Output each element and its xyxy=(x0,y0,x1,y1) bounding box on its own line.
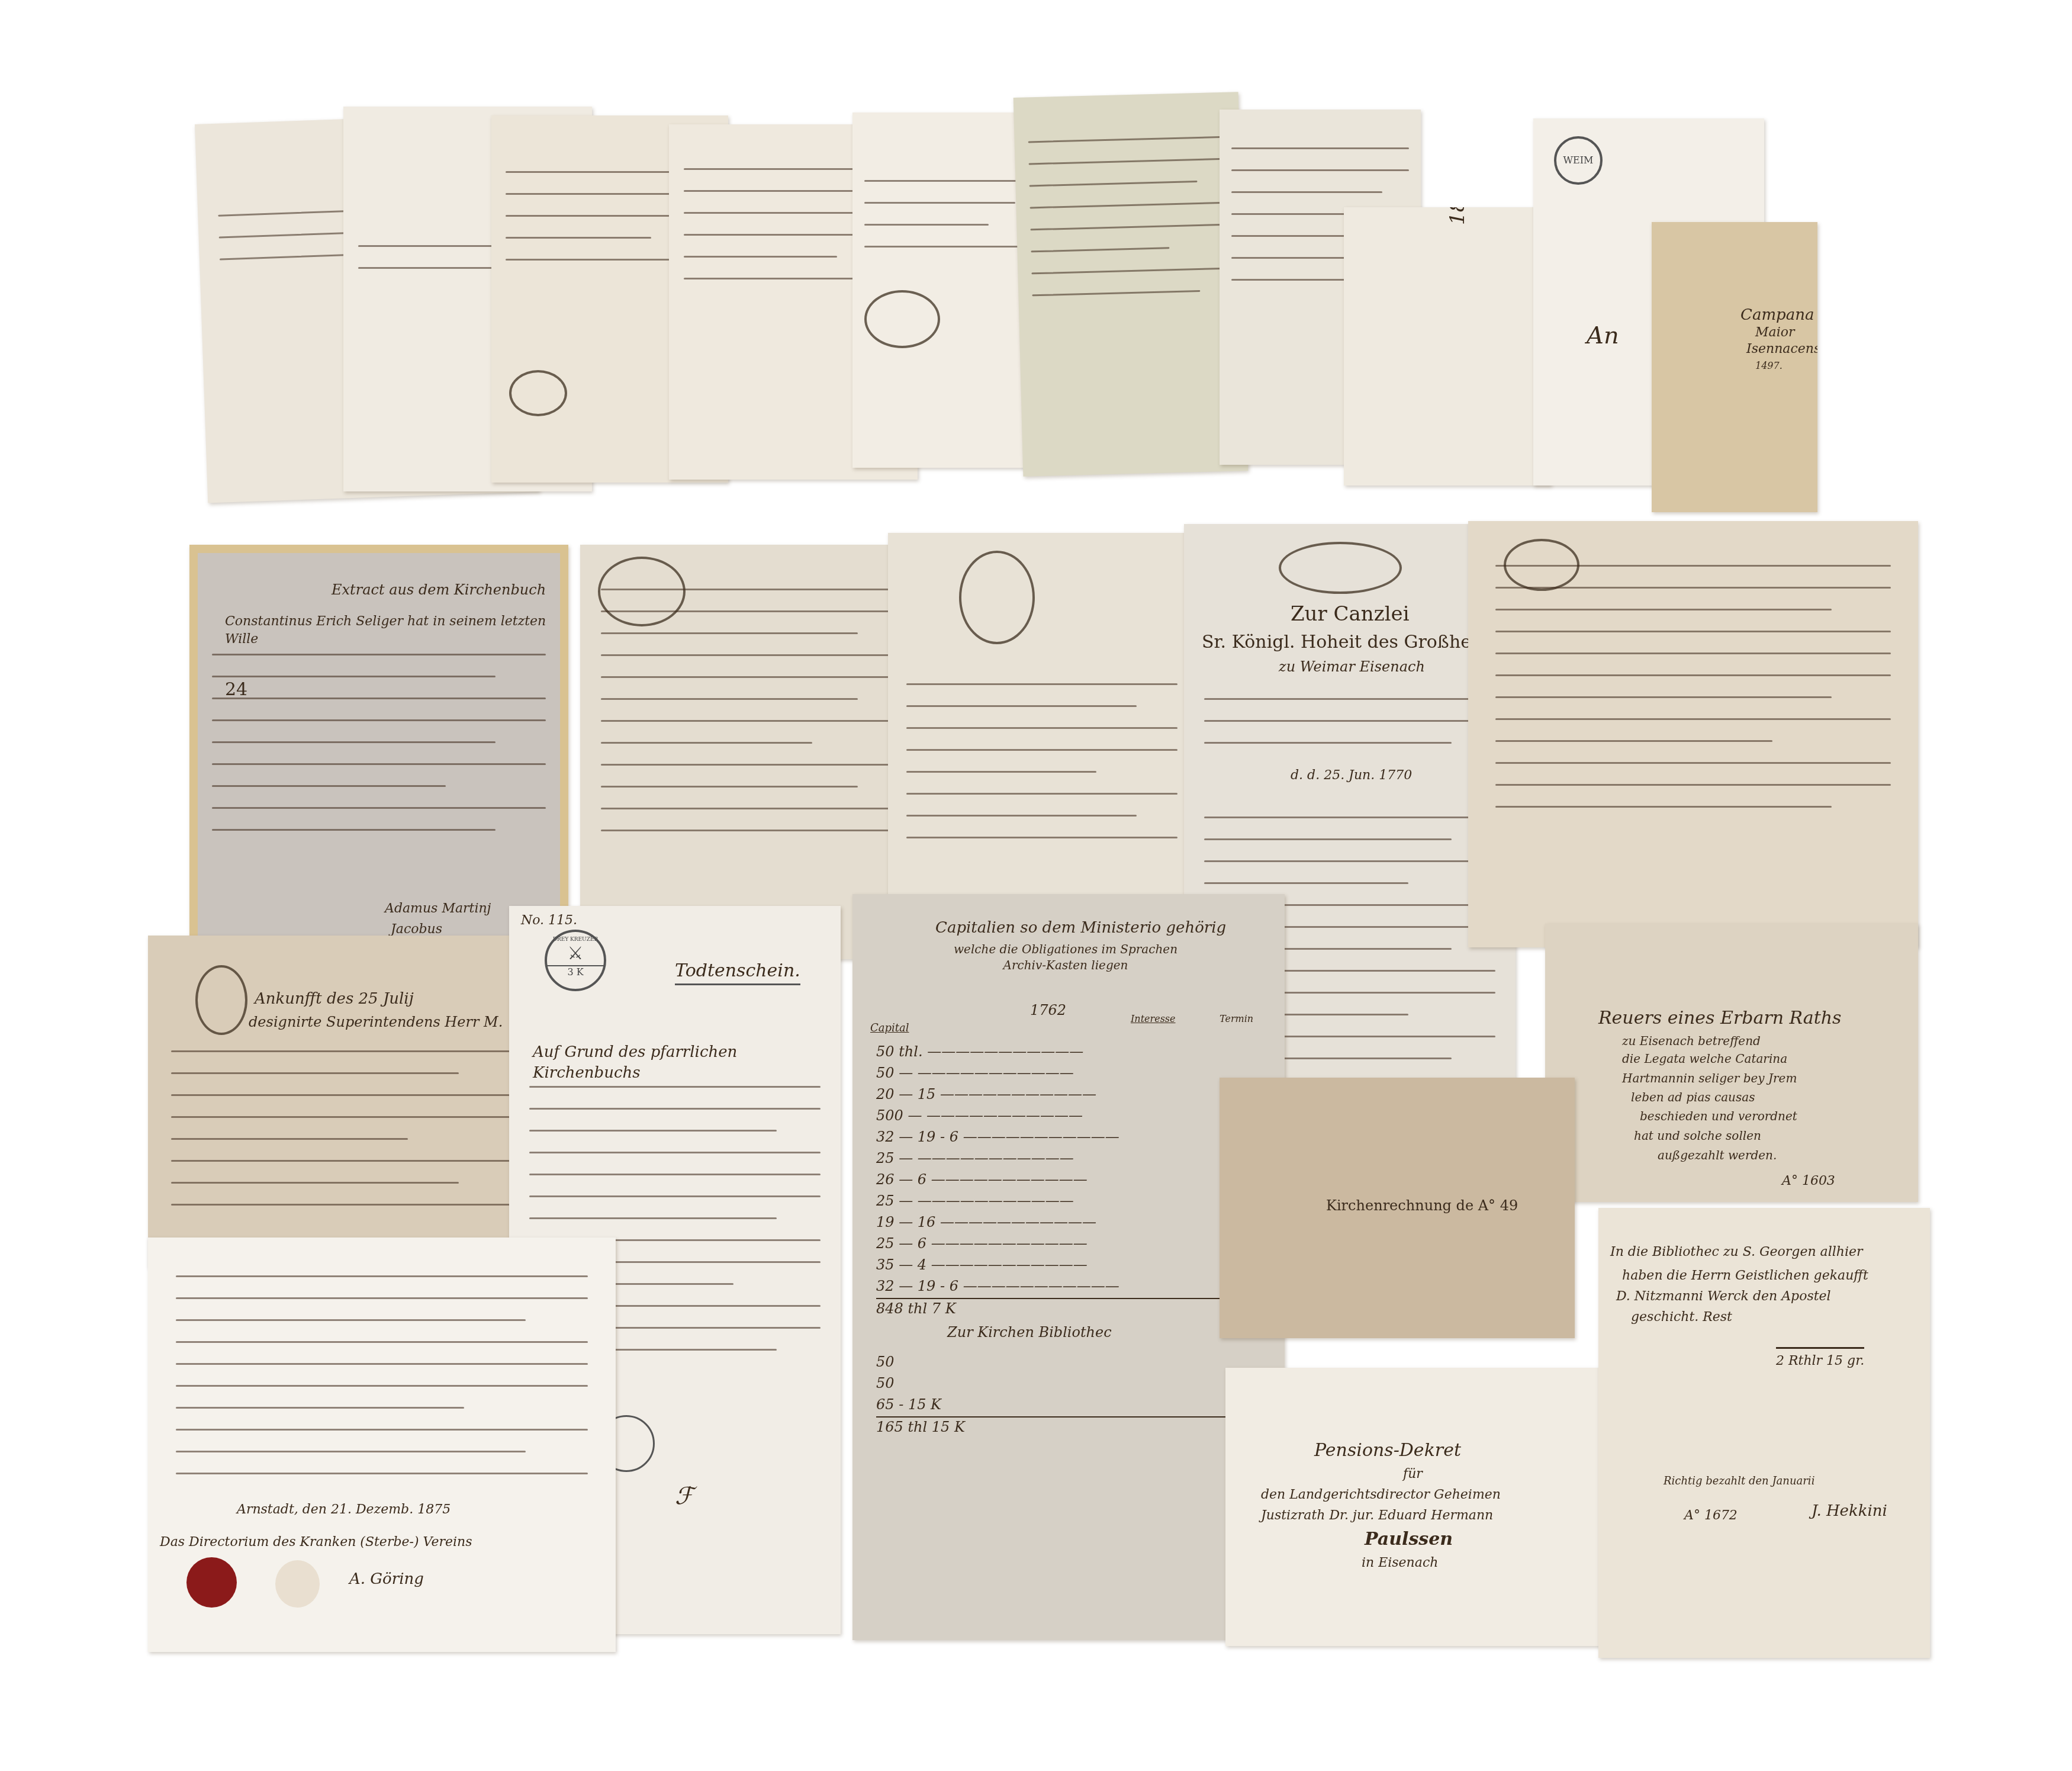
verein-certificate: Arnstadt, den 21. Dezemb. 1875 Das Direc… xyxy=(148,1238,616,1652)
dekret-title: Pensions-Dekret xyxy=(1314,1439,1461,1463)
ledger-subtitle: welche die Obligationes im Sprachen Arch… xyxy=(953,941,1178,973)
ledger-row: 500 — ——————————— xyxy=(876,1106,1255,1127)
receipt-year: A° 1672 xyxy=(1684,1507,1738,1525)
campana-line-1: Campana xyxy=(1740,305,1814,326)
reuers-line-7: hat und solche sollen xyxy=(1634,1128,1761,1144)
ledger-col-termin: Termin xyxy=(1220,1013,1253,1026)
ornate-decree-center xyxy=(888,533,1196,947)
receipt-line-2: haben die Herrn Geistlichen gekaufft xyxy=(1622,1267,1868,1285)
superintendent-line-2: designirte Superintendens Herr M. xyxy=(249,1013,503,1031)
campana-line-2: Maior xyxy=(1755,324,1794,342)
extract-signature-1: Adamus Martinj xyxy=(385,900,491,918)
kirchenrechnung-folder: Kirchenrechnung de A° 49 xyxy=(1220,1078,1575,1338)
reuers-line-8: außgezahlt werden. xyxy=(1658,1148,1777,1163)
reuers-line-1: Reuers eines Erbarn Raths xyxy=(1598,1007,1842,1031)
envelope-year: 1874 xyxy=(1444,207,1472,225)
ledger-row: 26 — 6 ——————————— xyxy=(876,1170,1255,1191)
verein-date: Arnstadt, den 21. Dezemb. 1875 xyxy=(237,1501,451,1519)
dekret-line3: den Landgerichtsdirector Geheimen xyxy=(1261,1486,1501,1504)
reuers-line-2: zu Eisenach betreffend xyxy=(1622,1033,1761,1049)
dekret-name: Paulssen xyxy=(1365,1528,1453,1552)
letter-green-paper xyxy=(1014,92,1249,477)
certificate-signature: ℱ xyxy=(675,1480,693,1512)
ledger-section2-row: 65 - 15 K xyxy=(876,1395,1255,1416)
extract-margin-number: 24 xyxy=(225,678,247,702)
extract-header: Extract aus dem Kirchenbuch xyxy=(332,580,546,599)
ledger-row: 32 — 19 - 6 ——————————— xyxy=(876,1277,1255,1298)
decree-line3: zu Weimar Eisenach xyxy=(1279,657,1425,676)
receipt-amount: 2 Rthlr 15 gr. xyxy=(1776,1347,1864,1370)
receipt-signature: J. Hekkini xyxy=(1812,1501,1887,1522)
campana-document: Campana Maior Isennacensis) 1497. xyxy=(1652,222,1817,512)
revenue-stamp-value: 3 K xyxy=(547,965,604,978)
postmark-stamp: WEIM xyxy=(1554,136,1603,185)
decree-date: d. d. 25. Jun. 1770 xyxy=(1291,767,1412,785)
ledger-row: 25 — ——————————— xyxy=(876,1191,1255,1213)
ledger-section2-title: Zur Kirchen Bibliothec xyxy=(876,1323,1255,1352)
envelope-small-1874: 1874 xyxy=(1344,207,1551,486)
ledger-section2-total: 165 thl 15 K xyxy=(876,1416,1255,1441)
reuers-line-3: die Legata welche Catarina xyxy=(1622,1051,1787,1067)
ledger-row: 20 — 15 ——————————— xyxy=(876,1085,1255,1106)
ledger-row: 19 — 16 ——————————— xyxy=(876,1213,1255,1234)
superintendent-line-1: Ankunfft des 25 Julij xyxy=(255,989,414,1010)
decree-title: Zur Canzlei xyxy=(1291,601,1410,628)
ledger-row: 50 — ——————————— xyxy=(876,1063,1255,1085)
superintendent-letter: Ankunfft des 25 Julij designirte Superin… xyxy=(148,936,533,1267)
reuers-line-4: Hartmannin seliger bey Jrem xyxy=(1622,1071,1797,1087)
kirchenbuch-extract: Extract aus dem Kirchenbuch Constantinus… xyxy=(189,545,568,959)
reuers-line-5: leben ad pias causas xyxy=(1631,1089,1755,1105)
pensions-dekret: Pensions-Dekret für den Landgerichtsdire… xyxy=(1225,1368,1616,1646)
bibliothek-receipt: In die Bibliothec zu S. Georgen allhier … xyxy=(1598,1208,1930,1658)
paper-seal xyxy=(275,1560,320,1608)
dekret-line4: Justizrath Dr. jur. Eduard Hermann xyxy=(1261,1507,1493,1525)
reuers-document: Reuers eines Erbarn Raths zu Eisenach be… xyxy=(1545,924,1918,1202)
ledger-row: 35 — 4 ——————————— xyxy=(876,1255,1255,1277)
red-wax-seal xyxy=(186,1557,237,1608)
ledger-row: 32 — 19 - 6 ——————————— xyxy=(876,1127,1255,1149)
dekret-line2: für xyxy=(1403,1465,1423,1483)
ledger-col-capital: Capital xyxy=(870,1021,909,1036)
ledger-section2-row: 50 xyxy=(876,1374,1255,1395)
reuers-year: A° 1603 xyxy=(1782,1172,1835,1190)
envelope-address: An xyxy=(1587,320,1619,352)
dekret-place: in Eisenach xyxy=(1362,1554,1438,1572)
verein-issuer: Das Directorium des Kranken (Sterbe-) Ve… xyxy=(160,1534,472,1551)
certificate-title: Todtenschein. xyxy=(675,959,800,985)
ornate-letter-right xyxy=(1468,521,1918,947)
receipt-line-3: D. Nitzmanni Werck den Apostel xyxy=(1616,1288,1831,1306)
ledger-row: 25 — 6 ——————————— xyxy=(876,1234,1255,1255)
certificate-number: No. 115. xyxy=(521,912,577,930)
postmark-text: WEIM xyxy=(1563,155,1594,166)
revenue-stamp: DREY KREUZER ⚔ 3 K xyxy=(545,930,606,991)
receipt-footer: Richtig bezahlt den Januarii xyxy=(1664,1474,1814,1489)
campana-line-3: Isennacensis) xyxy=(1746,340,1817,358)
ledger-col-interesse: Interesse xyxy=(1131,1013,1176,1026)
ledger-row: 25 — ——————————— xyxy=(876,1149,1255,1170)
ledger-rows: 50 thl. ——————————— 50 — ——————————— 20 … xyxy=(876,1042,1255,1441)
receipt-line-1: In die Bibliothec zu S. Georgen allhier xyxy=(1610,1243,1863,1261)
revenue-stamp-text: DREY KREUZER xyxy=(547,937,604,943)
verein-signature: A. Göring xyxy=(349,1569,424,1590)
folder-label: Kirchenrechnung de A° 49 xyxy=(1326,1196,1518,1215)
ledger-year: 1762 xyxy=(1030,1001,1066,1020)
reuers-line-6: beschieden und verordnet xyxy=(1640,1108,1797,1124)
ledger-section2-row: 50 xyxy=(876,1352,1255,1374)
receipt-line-4: geschicht. Rest xyxy=(1631,1309,1732,1326)
ledger-row: 50 thl. ——————————— xyxy=(876,1042,1255,1063)
ledger-title: Capitalien so dem Ministerio gehörig xyxy=(935,918,1226,938)
campana-year: 1497. xyxy=(1755,359,1783,372)
crossed-swords-icon: ⚔ xyxy=(547,943,604,965)
ledger-total: 848 thl 7 K xyxy=(876,1298,1255,1323)
